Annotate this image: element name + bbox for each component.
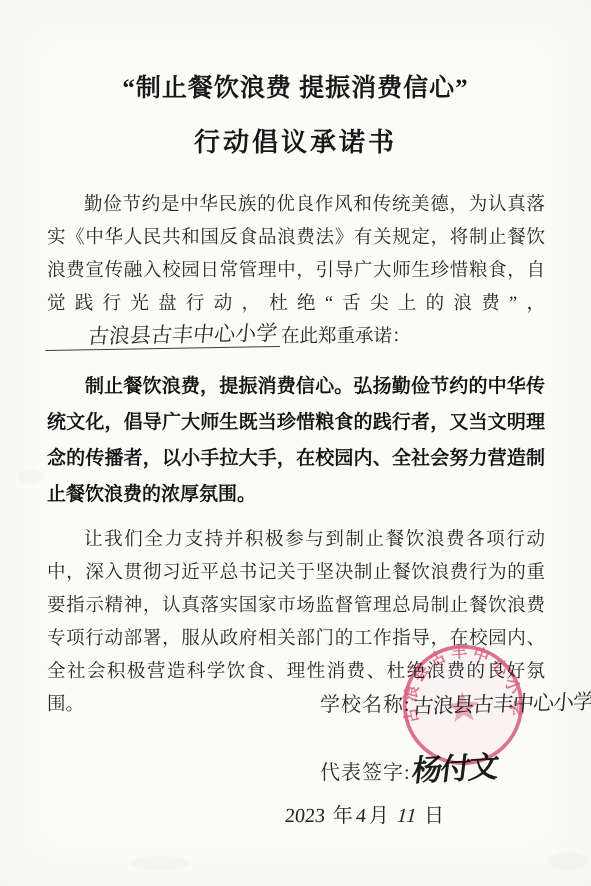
document-subtitle: 行动倡议承诺书 [0, 122, 591, 159]
document-title: “制止餐饮浪费 提振消费信心” [0, 68, 591, 104]
document-body: 勤俭节约是中华民族的优良作风和传统美德，为认真落实《中华人民共和国反食品浪费法》… [47, 189, 545, 722]
blank-fill-school-name-handwritten: 古浪县古丰中心小学 [45, 321, 282, 351]
representative-signature-handwritten: 杨付文 [410, 742, 500, 790]
paragraph-intro-text-after: 在此郑重承诺： [281, 327, 411, 347]
date-day-unit: 日 [424, 805, 444, 827]
school-name-line: 学校名称:古浪县古丰中心小学 [320, 688, 591, 718]
scan-smudge [18, 470, 44, 484]
paragraph-intro-text-before: 勤俭节约是中华民族的优良作风和传统美德，为认真落实《中华人民共和国反食品浪费法》… [47, 195, 545, 314]
scanned-pledge-document: “制止餐饮浪费 提振消费信心” 行动倡议承诺书 勤俭节约是中华民族的优良作风和传… [0, 0, 591, 886]
paragraph-intro: 勤俭节约是中华民族的优良作风和传统美德，为认真落实《中华人民共和国反食品浪费法》… [47, 189, 545, 354]
date-day: 11 [394, 805, 419, 828]
school-name-handwritten: 古浪县古丰中心小学 [411, 686, 591, 721]
representative-signature-label: 代表签字: [320, 762, 411, 784]
date-year: 2023 [284, 805, 326, 828]
date-line: 2023 年4月 11 日 [256, 799, 476, 828]
date-month-unit: 月 [369, 805, 389, 827]
paragraph-pledge-bold: 制止餐饮浪费，提振消费信心。弘扬勤俭节约的中华传统文化，倡导广大师生既当珍惜粮食… [47, 369, 545, 513]
date-month: 4 [355, 805, 367, 828]
scan-smudge [548, 852, 588, 870]
scan-smudge [130, 856, 190, 870]
school-name-label: 学校名称: [320, 694, 411, 716]
representative-signature-line: 代表签字:杨付文 [320, 744, 497, 788]
date-year-unit: 年 [333, 805, 353, 827]
